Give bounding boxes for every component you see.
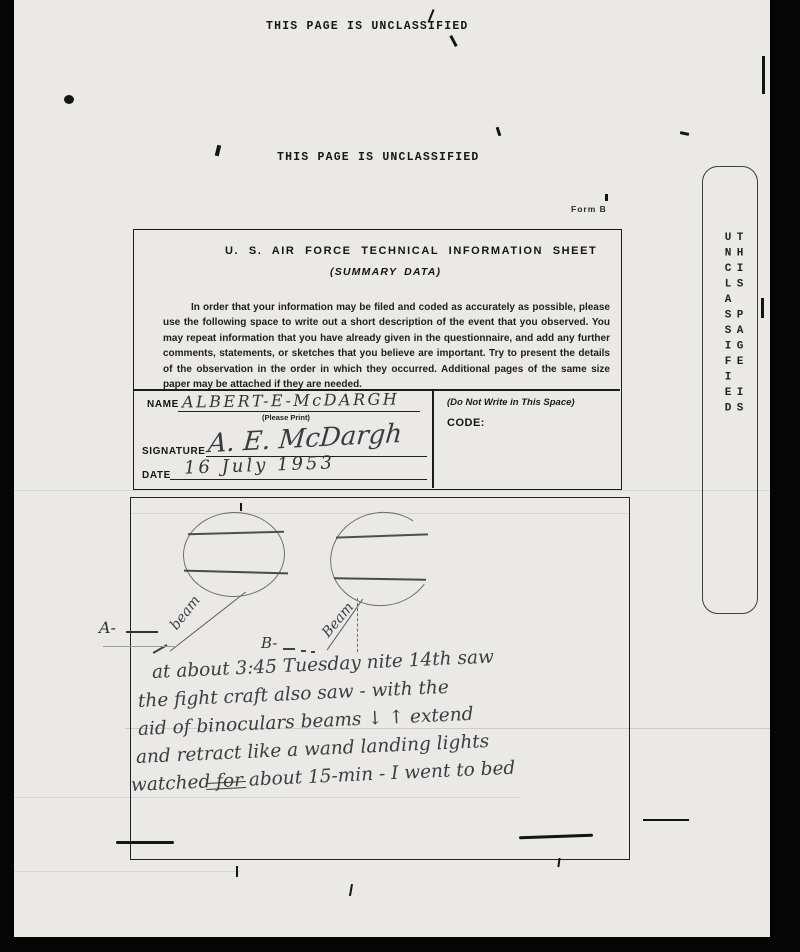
- form-subtitle: (SUMMARY DATA): [330, 266, 441, 278]
- scan-line-artifact: [125, 728, 780, 729]
- name-label: NAME: [147, 399, 179, 410]
- saucer-b-dashed-drop: [357, 598, 358, 652]
- scan-edge-bottom: [0, 937, 800, 952]
- scan-edge-right: [770, 0, 800, 952]
- label-a-faint-line: [103, 646, 177, 647]
- date-label: DATE: [142, 470, 171, 481]
- classification-banner-middle: THIS PAGE IS UNCLASSIFIED: [277, 151, 480, 164]
- name-value: ALBERT-E-McDARGH: [182, 389, 400, 411]
- scan-speckle: [64, 95, 74, 104]
- scan-line-artifact: [0, 797, 520, 798]
- scan-speckle: [557, 858, 560, 867]
- scan-speckle: [761, 298, 764, 318]
- please-print-hint: (Please Print): [262, 413, 310, 422]
- sketch-label-b: B-: [261, 634, 277, 652]
- do-not-write-label: (Do Not Write in This Space): [447, 397, 575, 408]
- label-a-dash: [126, 631, 158, 633]
- sketch-label-a: A-: [99, 618, 116, 637]
- scan-speckle: [240, 503, 242, 511]
- fields-divider: [432, 389, 434, 488]
- scan-speckle: [680, 131, 689, 136]
- scan-speckle: [116, 841, 174, 844]
- form-number-label: Form B: [571, 204, 607, 214]
- scan-speckle: [605, 194, 608, 201]
- code-label: CODE:: [447, 417, 485, 429]
- scan-line-artifact: [0, 871, 240, 872]
- scan-line-artifact: [130, 513, 628, 514]
- scan-speckle: [349, 884, 353, 896]
- form-title: U. S. AIR FORCE TECHNICAL INFORMATION SH…: [225, 245, 597, 257]
- scan-speckle: [496, 127, 502, 136]
- label-b-dash3: [311, 651, 315, 653]
- scan-edge-left: [0, 0, 14, 952]
- scanned-document-page: THIS PAGE IS UNCLASSIFIED THIS PAGE IS U…: [0, 0, 800, 952]
- scan-speckle: [762, 56, 765, 94]
- scan-line-artifact: [0, 490, 800, 491]
- side-classification-text: THIS PAGE IS UNCLASSIFIED: [722, 232, 746, 602]
- scan-speckle: [449, 35, 457, 47]
- label-b-dash2: [301, 650, 306, 652]
- label-b-dash1: [283, 648, 295, 650]
- classification-banner-top: THIS PAGE IS UNCLASSIFIED: [266, 20, 469, 33]
- scan-speckle: [643, 819, 689, 821]
- scan-speckle: [215, 145, 221, 157]
- form-instructions: In order that your information may be fi…: [163, 300, 610, 392]
